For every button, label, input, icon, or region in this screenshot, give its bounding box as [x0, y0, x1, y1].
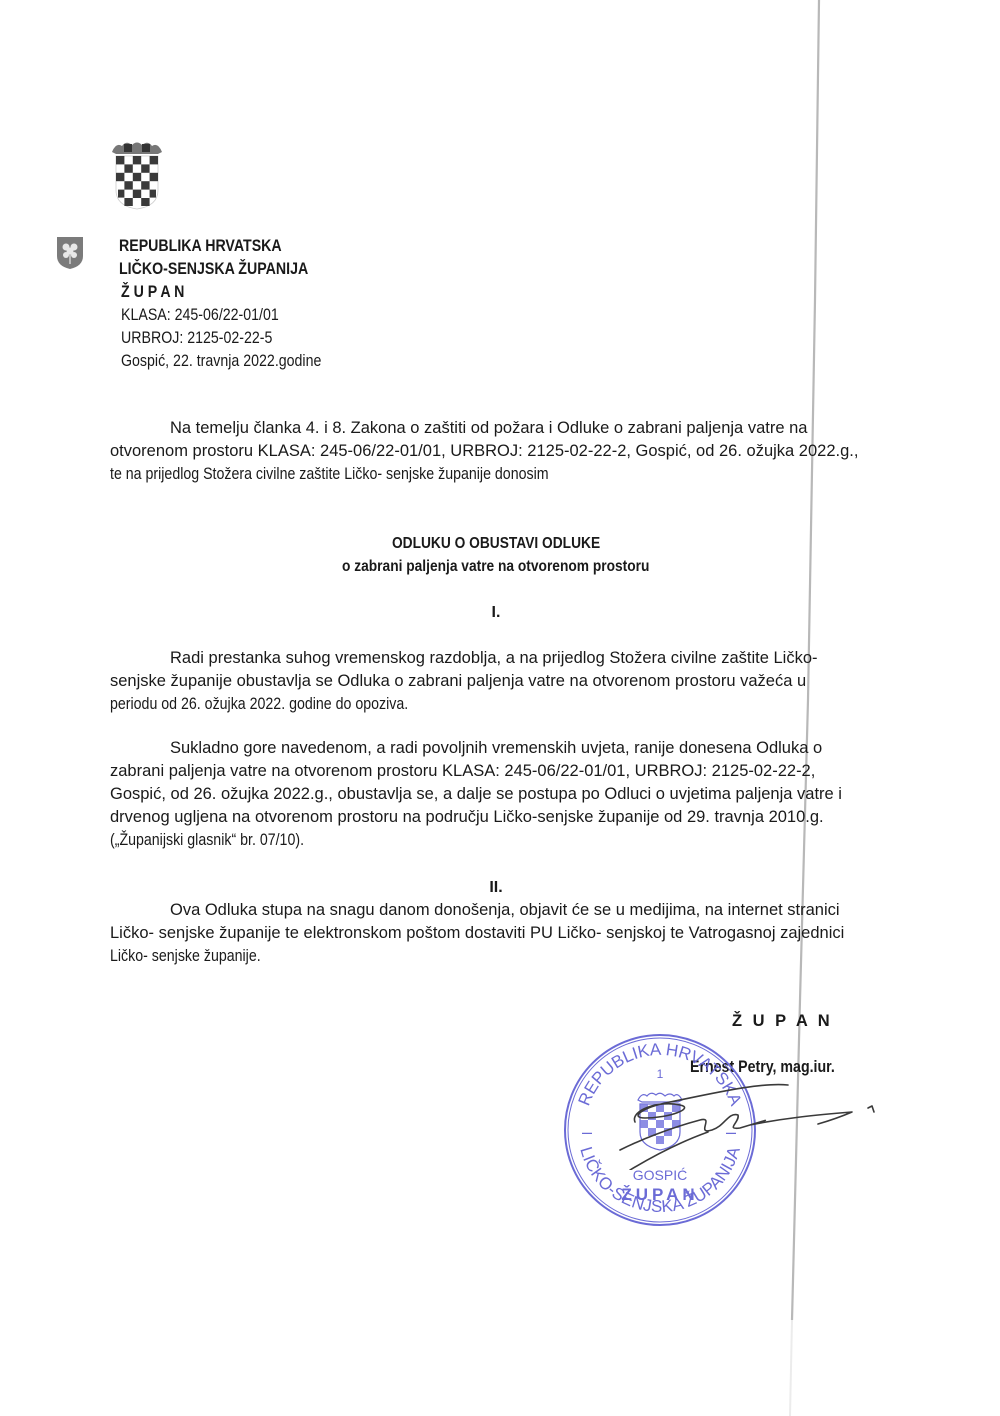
- text-line: drvenog ugljena na otvorenom prostoru na…: [110, 806, 882, 829]
- office-name: Ž U P A N: [119, 281, 354, 304]
- document-page: REPUBLIKA HRVATSKA LIČKO-SENJSKA ŽUPANIJ…: [0, 0, 1000, 1416]
- text-line: periodu od 26. ožujka 2022. godine do op…: [110, 693, 882, 716]
- letterhead: REPUBLIKA HRVATSKA LIČKO-SENJSKA ŽUPANIJ…: [119, 235, 354, 373]
- text-line: Gospić, od 26. ožujka 2022.g., obustavlj…: [110, 783, 882, 806]
- county-coat-of-arms-icon: [56, 236, 84, 270]
- section-1-paragraph-2: Sukladno gore navedenom, a radi povoljni…: [110, 737, 882, 852]
- section-numeral-1: I.: [110, 601, 882, 624]
- svg-text:GOSPIĆ: GOSPIĆ: [633, 1167, 687, 1183]
- section-2-paragraph-1: Ova Odluka stupa na snagu danom donošenj…: [110, 899, 882, 968]
- text-line: zabrani paljenja vatre na otvorenom pros…: [110, 760, 882, 783]
- text-line: Ličko- senjske županije.: [110, 945, 882, 968]
- official-stamp: REPUBLIKA HRVATSKA LIČKO-SENJSKA ŽUPANIJ…: [560, 1030, 760, 1230]
- country-name: REPUBLIKA HRVATSKA: [119, 235, 354, 258]
- text-line: („Županijski glasnik“ br. 07/10).: [110, 829, 882, 852]
- text-line: Radi prestanka suhog vremenskog razdoblj…: [110, 647, 882, 670]
- preamble-paragraph: Na temelju članka 4. i 8. Zakona o zašti…: [110, 417, 882, 486]
- place-date: Gospić, 22. travnja 2022.godine: [119, 350, 354, 373]
- text-line: otvorenom prostoru KLASA: 245-06/22-01/0…: [110, 440, 882, 463]
- text-line: senjske županije obustavlja se Odluka o …: [110, 670, 882, 693]
- section-numeral-2: II.: [110, 876, 882, 899]
- text-line: Na temelju članka 4. i 8. Zakona o zašti…: [110, 417, 882, 440]
- urbroj-ref: URBROJ: 2125-02-22-5: [119, 327, 354, 350]
- county-name: LIČKO-SENJSKA ŽUPANIJA: [119, 258, 354, 281]
- svg-text:1: 1: [657, 1067, 664, 1081]
- croatia-coat-of-arms-icon: [110, 140, 164, 210]
- svg-text:–: –: [582, 1122, 592, 1142]
- signature-title: Ž U P A N: [732, 1012, 833, 1031]
- decision-title: ODLUKU O OBUSTAVI ODLUKE: [110, 532, 882, 555]
- klasa-ref: KLASA: 245-06/22-01/01: [119, 304, 354, 327]
- section-1-paragraph-1: Radi prestanka suhog vremenskog razdoblj…: [110, 647, 882, 716]
- text-line: Ličko- senjske županije te elektronskom …: [110, 922, 882, 945]
- text-line: te na prijedlog Stožera civilne zaštite …: [110, 463, 882, 486]
- decision-subtitle: o zabrani paljenja vatre na otvorenom pr…: [110, 555, 882, 578]
- svg-text:ŽUPAN: ŽUPAN: [621, 1185, 698, 1204]
- text-line: Ova Odluka stupa na snagu danom donošenj…: [110, 899, 882, 922]
- svg-text:–: –: [726, 1122, 736, 1142]
- text-line: Sukladno gore navedenom, a radi povoljni…: [110, 737, 882, 760]
